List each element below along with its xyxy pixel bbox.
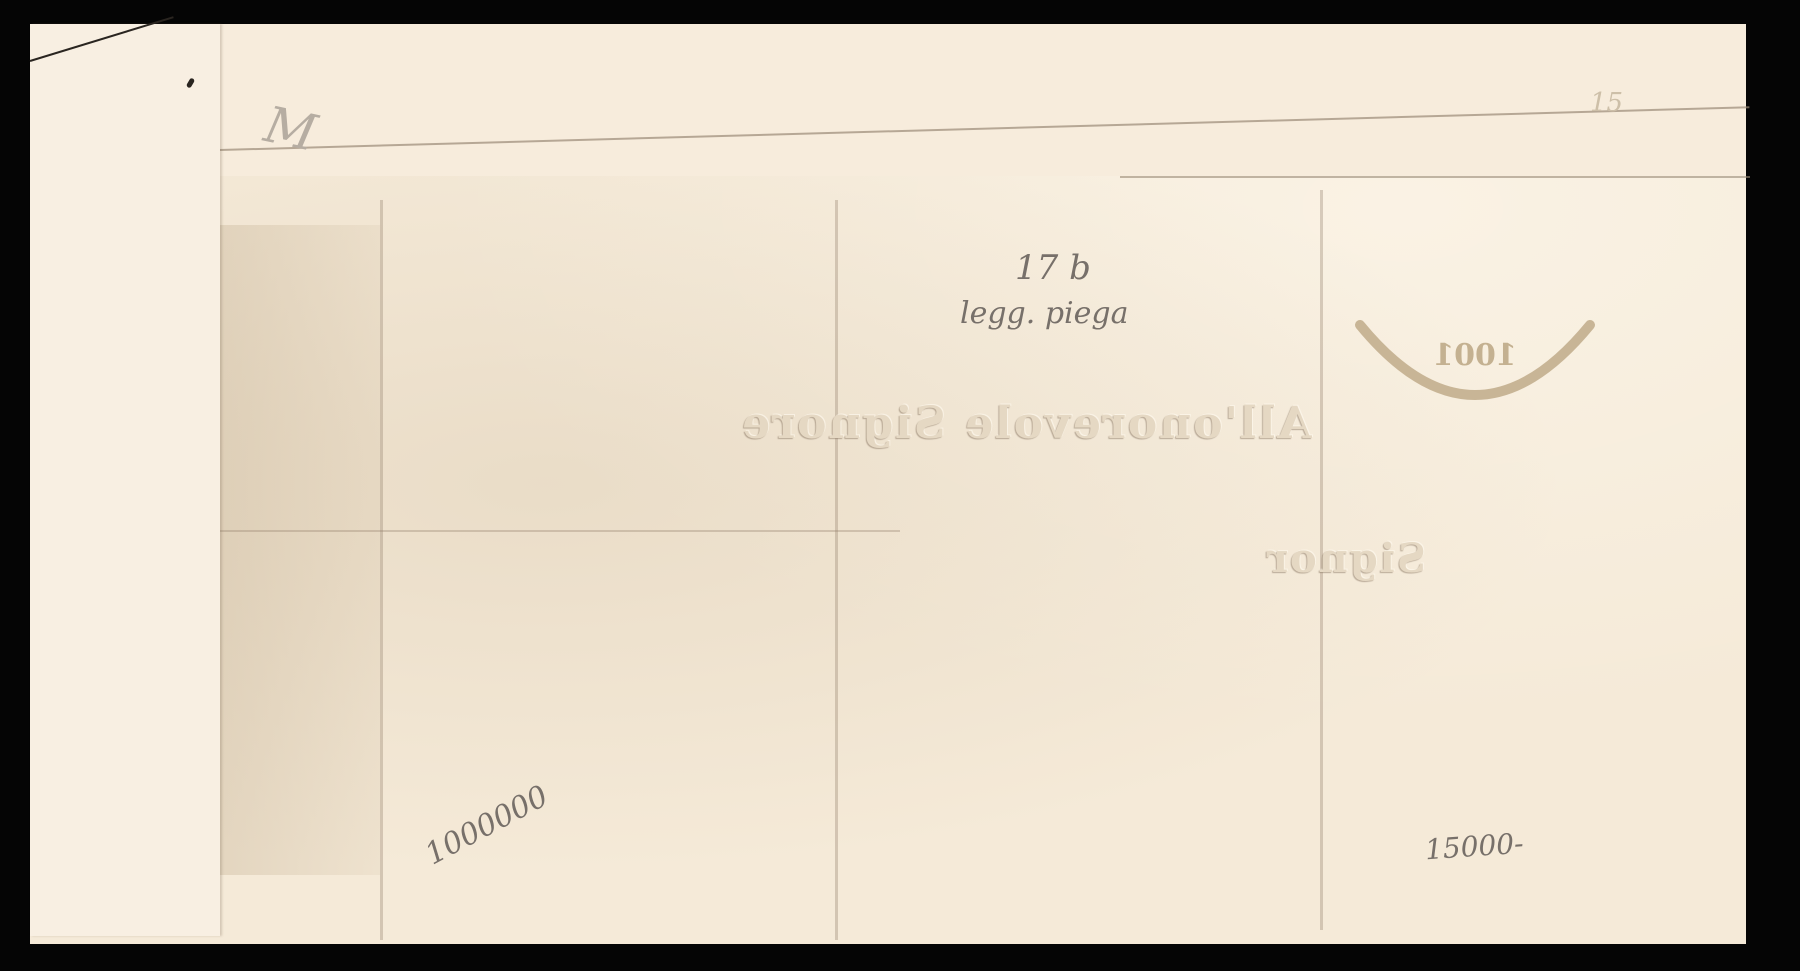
pencil-right-amount: 15000- bbox=[1424, 827, 1525, 867]
pencil-catalog-number: 17 b bbox=[1015, 248, 1091, 288]
fold-crease bbox=[380, 200, 383, 940]
svg-text:1001: 1001 bbox=[1433, 338, 1517, 373]
embossed-signor-line: Signor bbox=[1265, 535, 1426, 582]
pencil-catalog-remark: legg. piega bbox=[960, 296, 1128, 331]
postmark: 1001 bbox=[1345, 315, 1605, 415]
pencil-number-top-right: 15 bbox=[1590, 88, 1623, 118]
fold-crease bbox=[835, 200, 838, 940]
fold-crease bbox=[200, 530, 900, 532]
embossed-address-line: All'onorevole Signore bbox=[740, 398, 1312, 449]
left-flap bbox=[30, 24, 220, 936]
paper-stain bbox=[200, 225, 380, 875]
flap-edge bbox=[1120, 176, 1750, 178]
